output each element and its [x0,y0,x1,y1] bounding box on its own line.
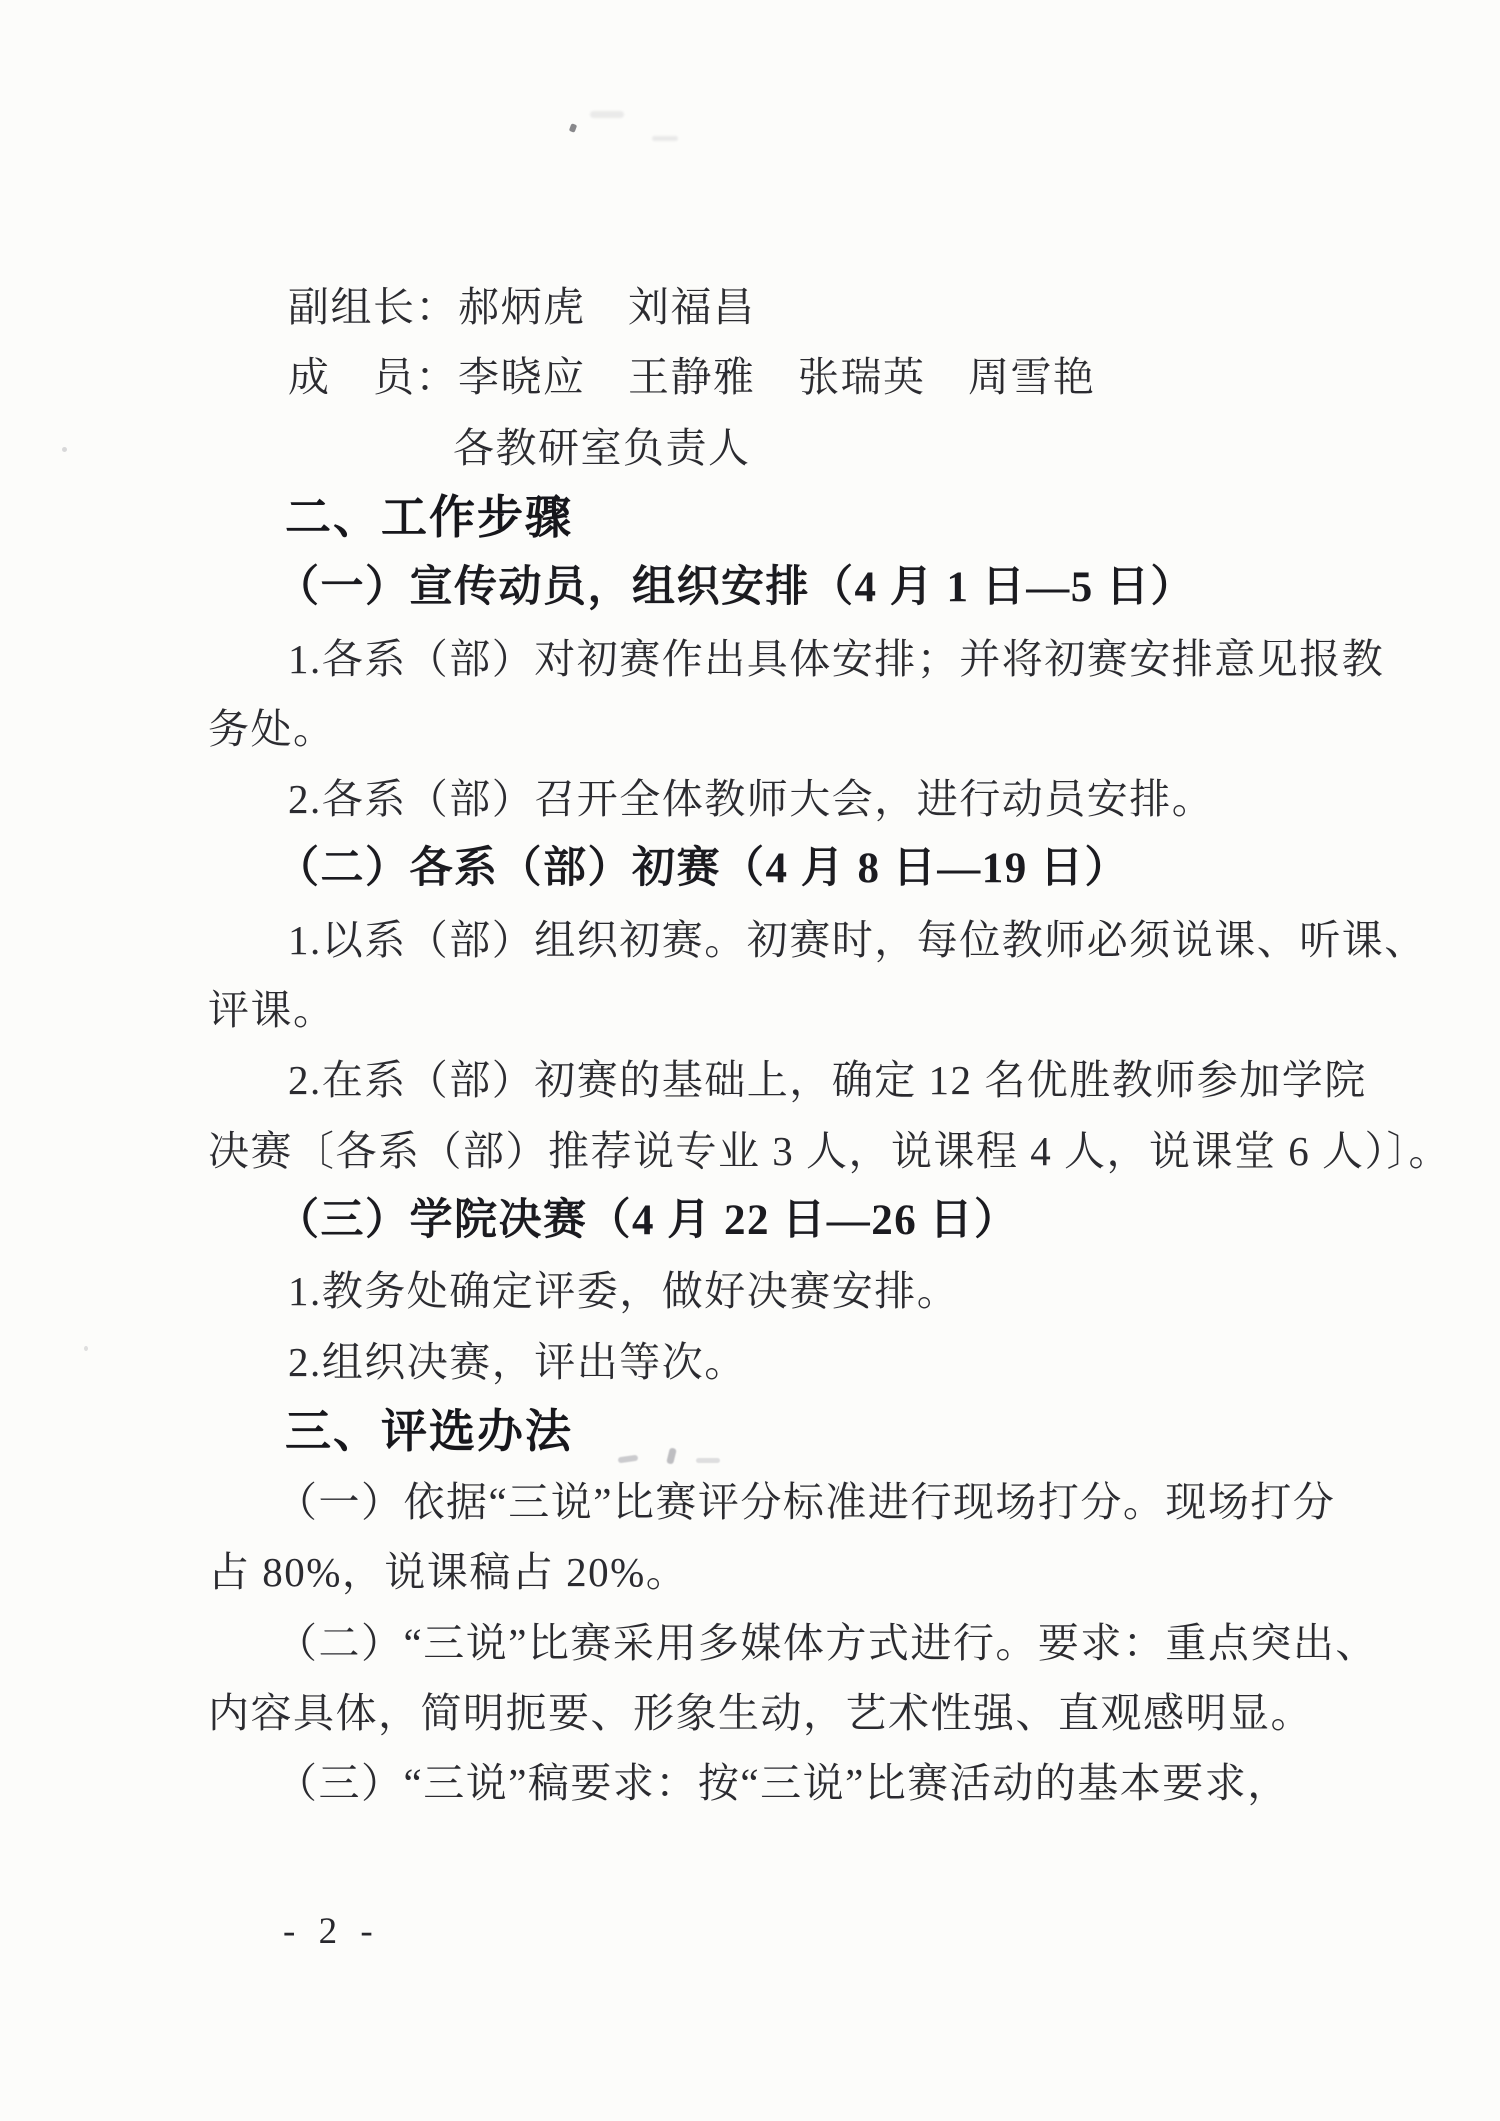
scan-artifact [696,1458,720,1463]
document-line: 评课。 [208,984,336,1036]
document-line: 决赛〔各系（部）推荐说专业 3 人，说课程 4 人，说课堂 6 人）〕。 [208,1125,1451,1177]
document-line: （三）“三说”稿要求：按“三说”比赛活动的基本要求， [276,1757,1290,1809]
document-line: （三）学院决赛（4 月 22 日—26 日） [276,1195,1019,1247]
scan-artifact [84,1346,88,1351]
document-line: 二、工作步骤 [285,492,573,544]
document-line: （一）依据“三说”比赛评分标准进行现场打分。现场打分 [276,1476,1335,1528]
document-line: 副组长：郝炳虎 刘福昌 [288,281,756,333]
scan-artifact [652,136,678,141]
document-line: 务处。 [208,703,336,755]
scanned-document-page: 副组长：郝炳虎 刘福昌成 员：李晓应 王静雅 张瑞英 周雪艳各教研室负责人二、工… [0,0,1500,2121]
document-line: 三、评选办法 [285,1406,573,1458]
scan-artifact [618,1455,639,1464]
document-line: （二）各系（部）初赛（4 月 8 日—19 日） [276,843,1129,895]
document-line: 2.组织决赛，评出等次。 [288,1336,747,1388]
document-line: 1.教务处确定评委，做好决赛安排。 [288,1265,959,1317]
document-line: 内容具体，简明扼要、形象生动，艺术性强、直观感明显。 [208,1687,1313,1739]
document-line: 占 80%，说课稿占 20%。 [208,1546,688,1598]
scan-artifact [666,1447,677,1464]
scan-artifact [590,111,624,118]
scan-artifact [62,447,67,452]
document-line: 1.以系（部）组织初赛。初赛时，每位教师必须说课、听课、 [288,914,1427,966]
document-line: 1.各系（部）对初赛作出具体安排；并将初赛安排意见报教 [288,633,1384,685]
document-line: 2.各系（部）召开全体教师大会，进行动员安排。 [288,773,1214,825]
document-line: 成 员：李晓应 王静雅 张瑞英 周雪艳 [288,351,1096,403]
page-number: - 2 - [283,1908,380,1956]
document-line: 各教研室负责人 [453,422,751,474]
scan-artifact [569,123,577,133]
document-line: 2.在系（部）初赛的基础上，确定 12 名优胜教师参加学院 [288,1054,1367,1106]
document-line: （二）“三说”比赛采用多媒体方式进行。要求：重点突出、 [276,1617,1378,1669]
document-line: （一）宣传动员，组织安排（4 月 1 日—5 日） [276,562,1195,614]
